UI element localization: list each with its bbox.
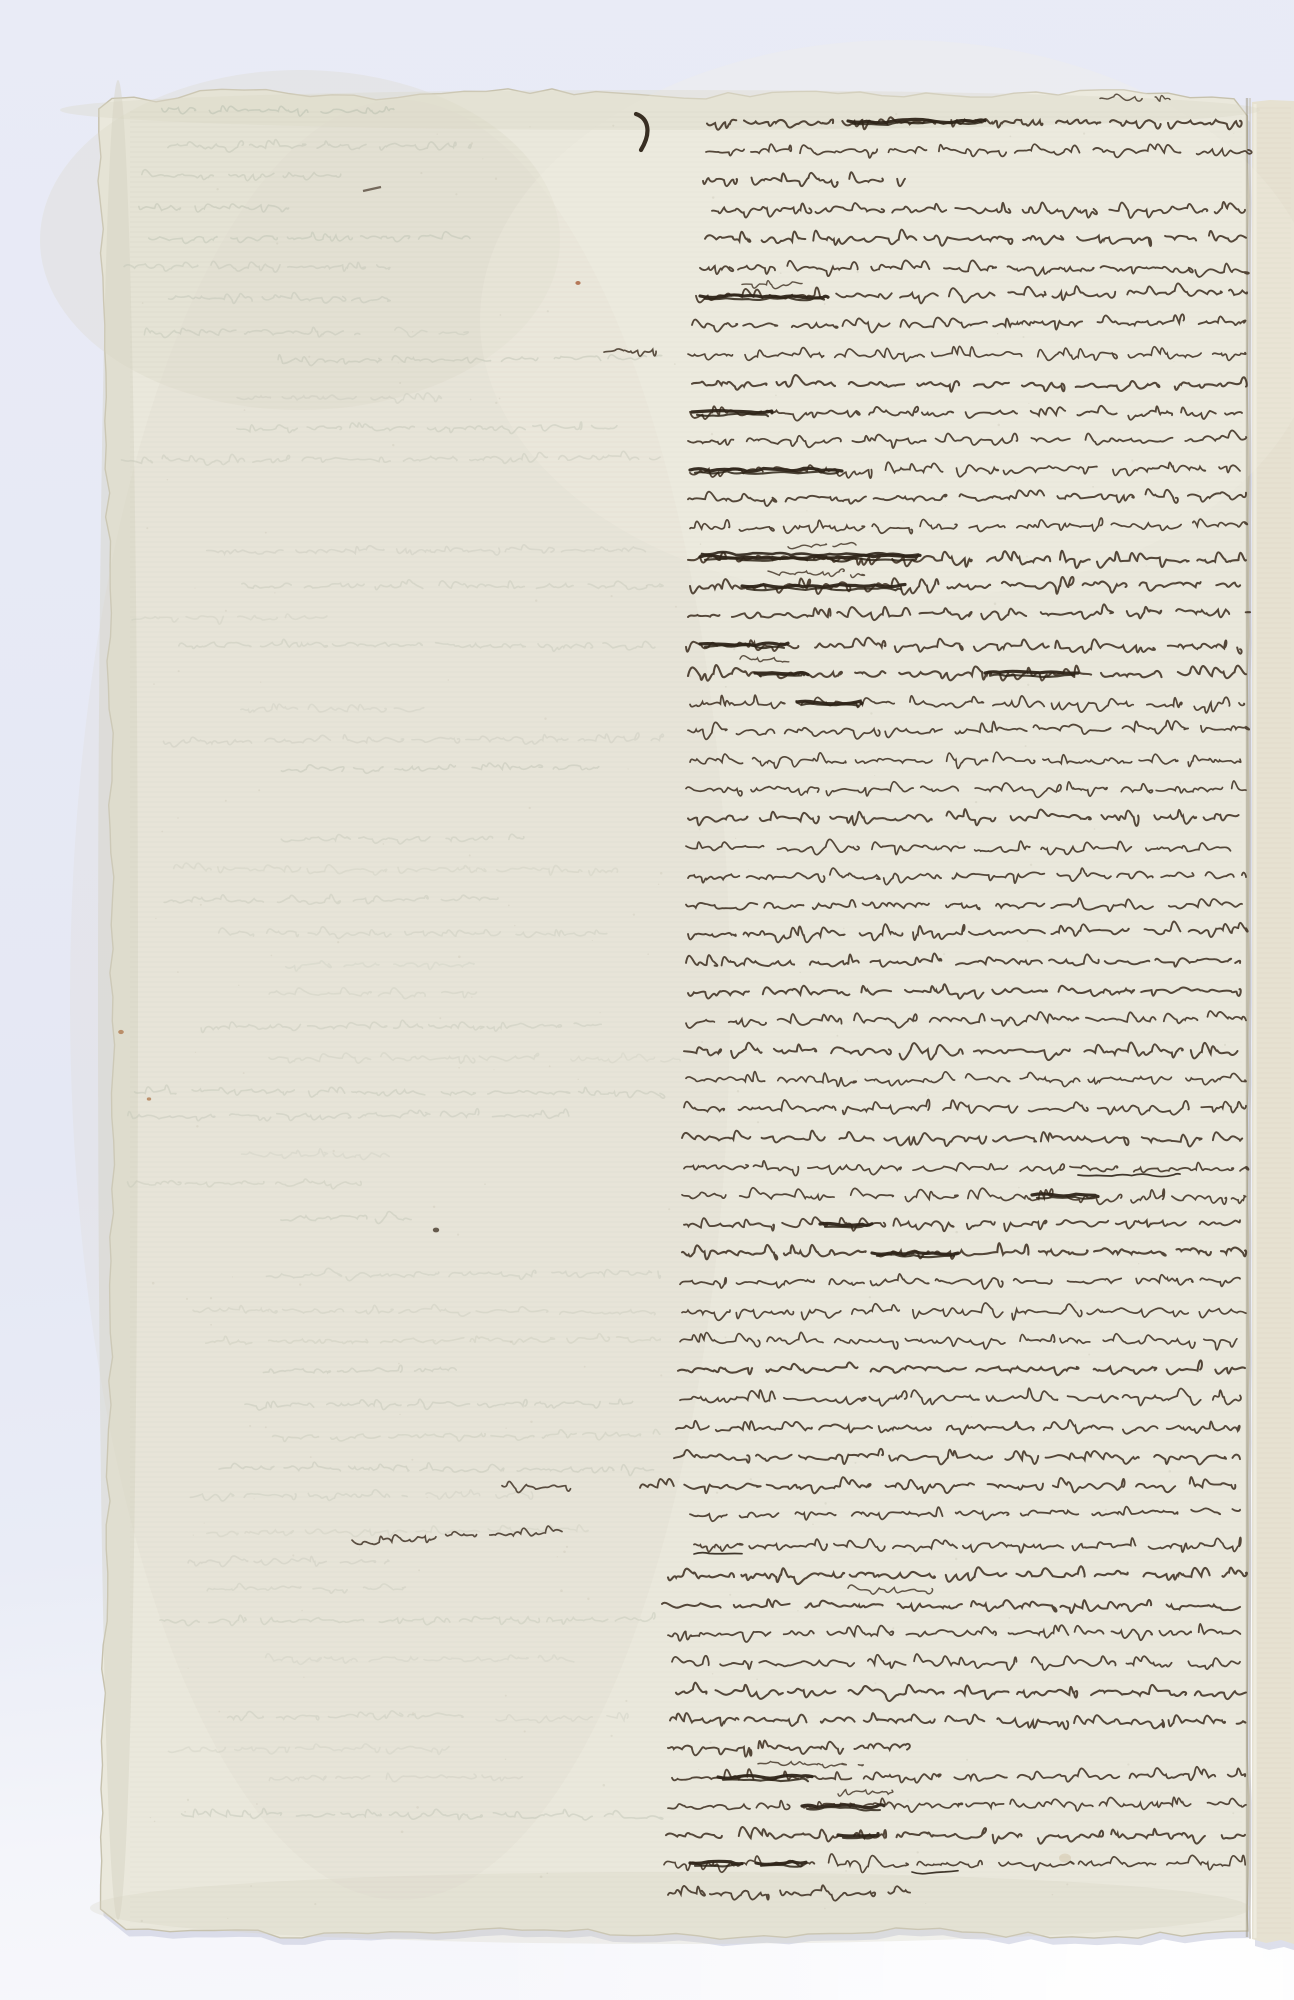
ink-speck <box>118 1030 124 1034</box>
manuscript-scan <box>0 0 1294 2000</box>
ink-speck <box>1059 1854 1071 1863</box>
ink-speck <box>433 1228 439 1233</box>
ink-speck <box>575 281 580 285</box>
ink-speck <box>147 1097 151 1100</box>
manuscript-scan-viewport: Scanned handwritten manuscript page <box>0 0 1294 2000</box>
